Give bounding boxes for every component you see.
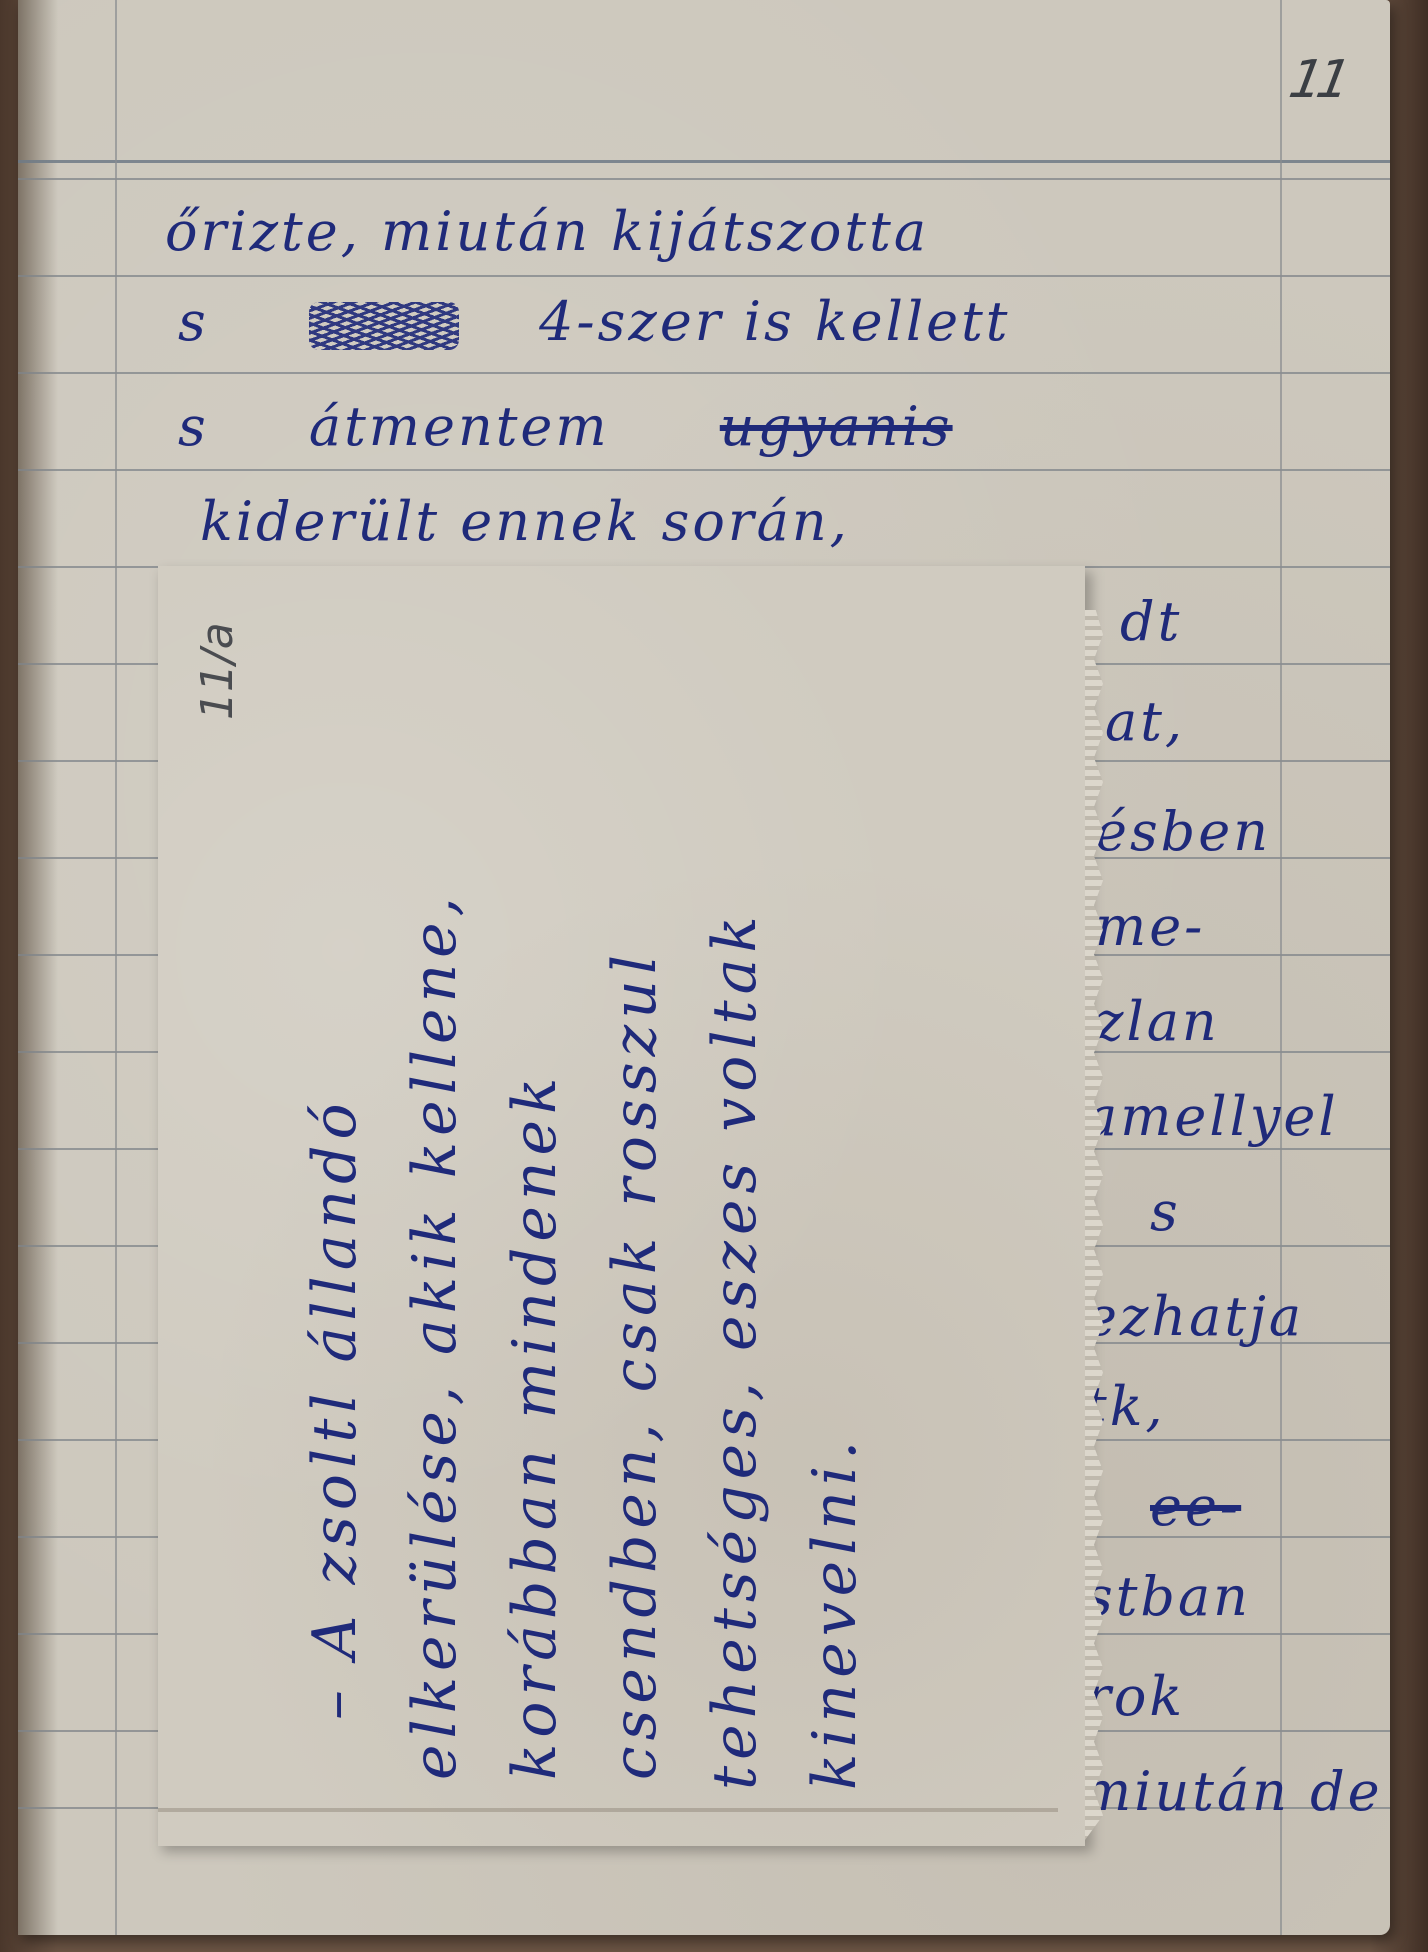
ruled-line: [18, 469, 1390, 471]
right-margin-line: [1280, 0, 1282, 1935]
page-line-2-text: 4-szer is kellett: [539, 290, 1010, 353]
right-fragment: ezhatja: [1085, 1285, 1304, 1348]
binding-shadow: [18, 0, 58, 1935]
right-fragment: s: [1150, 1180, 1181, 1243]
right-fragment: zlan: [1095, 990, 1220, 1053]
note-card-line-6: kinevelni.: [800, 1435, 870, 1790]
page-line-3-prefix: s: [178, 395, 209, 458]
page-line-2: s 4-szer is kellett: [178, 290, 1011, 353]
right-fragment: at,: [1105, 690, 1185, 753]
right-fragment: me-: [1095, 895, 1205, 958]
struck-word: ugyanis: [720, 395, 953, 458]
page-line-1: őrizte, miután kijátszotta: [165, 200, 929, 263]
scribbled-out-word: [309, 302, 459, 350]
page-number: 11: [1285, 50, 1350, 110]
right-fragment-struck: ee-: [1150, 1475, 1241, 1538]
page-line-3-text: átmentem: [309, 395, 610, 458]
page-line-3: s átmentem ugyanis: [178, 395, 953, 458]
right-fragment: stban: [1085, 1565, 1251, 1628]
note-card-line-4: csendben, csak rosszul: [600, 949, 670, 1780]
note-card-line-1: – A zsoltl állandó: [300, 1097, 370, 1720]
right-fragment: amellyel: [1085, 1085, 1339, 1148]
header-rule-bottom: [18, 178, 1390, 180]
ruled-line: [18, 275, 1390, 277]
header-rule-top: [18, 160, 1390, 163]
right-fragment: dt: [1120, 590, 1182, 653]
note-card-line-2: elkerülése, akik kellene,: [400, 891, 470, 1780]
note-card-line-3: korábban mindenek: [500, 1072, 570, 1780]
left-margin-line: [115, 0, 117, 1935]
note-card-line-5: tehetséges, eszes voltak: [700, 910, 770, 1790]
ruled-line: [18, 372, 1390, 374]
note-card-fold: [158, 1808, 1058, 1812]
right-fragment: miután de: [1080, 1760, 1383, 1823]
page-line-4: kiderült ennek során,: [200, 490, 850, 553]
right-fragment: ésben: [1095, 800, 1271, 863]
note-card-label: 11/a: [192, 622, 243, 720]
page-line-2-prefix: s: [178, 290, 209, 353]
